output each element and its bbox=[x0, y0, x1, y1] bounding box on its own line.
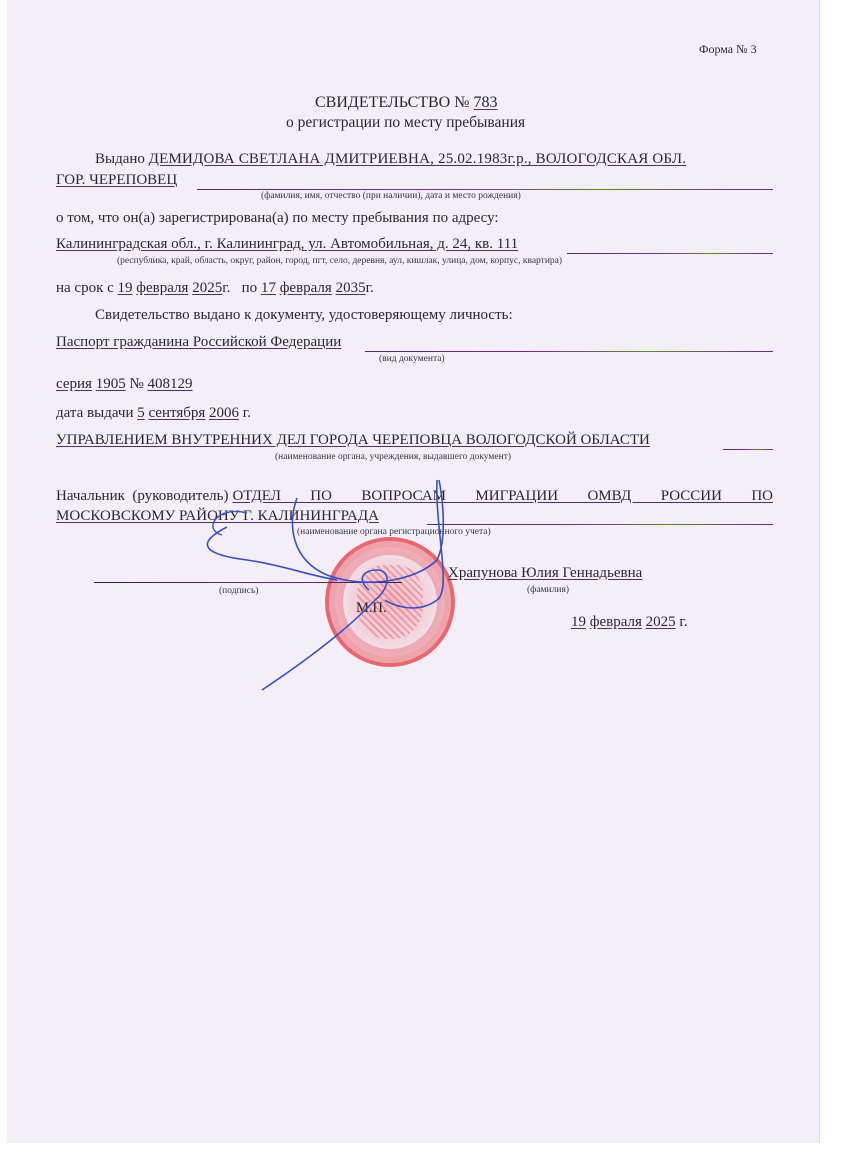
holder-caption: (фамилия, имя, отчество (при наличии), д… bbox=[261, 191, 521, 201]
registration-org-caption: (наименование органа регистрационного уч… bbox=[297, 527, 491, 537]
form-number: Форма № 3 bbox=[699, 42, 757, 57]
title-prefix: СВИДЕТЕЛЬСТВО № bbox=[315, 94, 470, 111]
term-to-year: 2035 bbox=[336, 280, 366, 296]
issue-date: 19 февраля 2025 г. bbox=[571, 614, 688, 631]
issue-year: 2006 bbox=[209, 405, 239, 421]
official-name: Храпунова Юлия Геннадьевна bbox=[448, 565, 642, 582]
term-from-year: 2025 bbox=[192, 280, 222, 296]
issue-date-year: 2025 bbox=[646, 614, 676, 630]
official-stamp bbox=[325, 537, 455, 667]
issue-date-label: дата выдачи bbox=[56, 405, 133, 421]
underline bbox=[197, 189, 773, 190]
issuer-caption: (наименование органа, учреждения, выдавш… bbox=[275, 452, 511, 462]
issue-date-day: 19 bbox=[571, 614, 586, 630]
underline bbox=[567, 253, 773, 254]
term-to-month: февраля bbox=[280, 280, 332, 296]
year-suffix: г. bbox=[366, 280, 374, 296]
identity-document-type: Паспорт гражданина Российской Федерации bbox=[56, 334, 341, 351]
head-line1: Начальник (руководитель) ОТДЕЛ ПО ВОПРОС… bbox=[56, 488, 773, 505]
term-from-day: 19 bbox=[118, 280, 133, 296]
passport-issue-date: дата выдачи 5 сентября 2006 г. bbox=[56, 405, 251, 422]
underline bbox=[365, 351, 773, 352]
identity-statement: Свидетельство выдано к документу, удосто… bbox=[95, 307, 513, 324]
registration-term: на срок с 19 февраля 2025г. по 17 феврал… bbox=[56, 280, 374, 297]
passport-series: 1905 bbox=[96, 376, 126, 392]
holder-birthplace: ГОР. ЧЕРЕПОВЕЦ bbox=[56, 172, 177, 189]
underline bbox=[723, 449, 773, 450]
year-suffix: г. bbox=[222, 280, 230, 296]
passport-series-number: серия 1905 № 408129 bbox=[56, 376, 193, 393]
stamp-label: М.П. bbox=[356, 600, 387, 617]
term-from-month: февраля bbox=[136, 280, 188, 296]
issued-to-label: Выдано bbox=[95, 151, 145, 167]
issue-date-suffix: г. bbox=[679, 614, 687, 630]
certificate-title: СВИДЕТЕЛЬСТВО № 783 bbox=[315, 94, 498, 112]
issue-date-month: февраля bbox=[590, 614, 642, 630]
holder-name-birth: ДЕМИДОВА СВЕТЛАНА ДМИТРИЕВНА, 25.02.1983… bbox=[149, 151, 687, 167]
official-name-caption: (фамилия) bbox=[527, 585, 569, 595]
certificate-number: 783 bbox=[474, 94, 498, 111]
head-label: Начальник (руководитель) bbox=[56, 488, 228, 505]
passport-number: 408129 bbox=[148, 376, 193, 392]
issue-day: 5 bbox=[137, 405, 145, 421]
address-caption: (республика, край, область, округ, район… bbox=[117, 256, 562, 266]
certificate-subtitle: о регистрации по месту пребывания bbox=[286, 114, 525, 132]
registration-org-line2: МОСКОВСКОМУ РАЙОНУ Г. КАЛИНИНГРАДА bbox=[56, 508, 379, 525]
registration-org-line1: ОТДЕЛ ПО ВОПРОСАМ МИГРАЦИИ ОМВД РОССИИ П… bbox=[232, 488, 773, 505]
signature-line bbox=[94, 582, 402, 583]
certificate-page: Форма № 3 СВИДЕТЕЛЬСТВО № 783 о регистра… bbox=[7, 0, 820, 1143]
number-label: № bbox=[129, 376, 143, 392]
issue-month: сентября bbox=[148, 405, 205, 421]
underline bbox=[427, 524, 773, 525]
passport-issuer: УПРАВЛЕНИЕМ ВНУТРЕННИХ ДЕЛ ГОРОДА ЧЕРЕПО… bbox=[56, 432, 650, 449]
signature-caption: (подпись) bbox=[219, 586, 258, 596]
identity-type-caption: (вид документа) bbox=[379, 354, 445, 364]
issue-year-suffix: г. bbox=[243, 405, 251, 421]
term-to-prefix: по bbox=[242, 280, 258, 296]
term-prefix: на срок с bbox=[56, 280, 114, 296]
issued-to-line1: Выдано ДЕМИДОВА СВЕТЛАНА ДМИТРИЕВНА, 25.… bbox=[95, 151, 770, 168]
series-label: серия bbox=[56, 376, 92, 392]
term-to-day: 17 bbox=[261, 280, 276, 296]
registration-address: Калининградская обл., г. Калининград, ул… bbox=[56, 236, 518, 253]
registration-statement: о том, что он(а) зарегистрирована(а) по … bbox=[56, 210, 499, 227]
